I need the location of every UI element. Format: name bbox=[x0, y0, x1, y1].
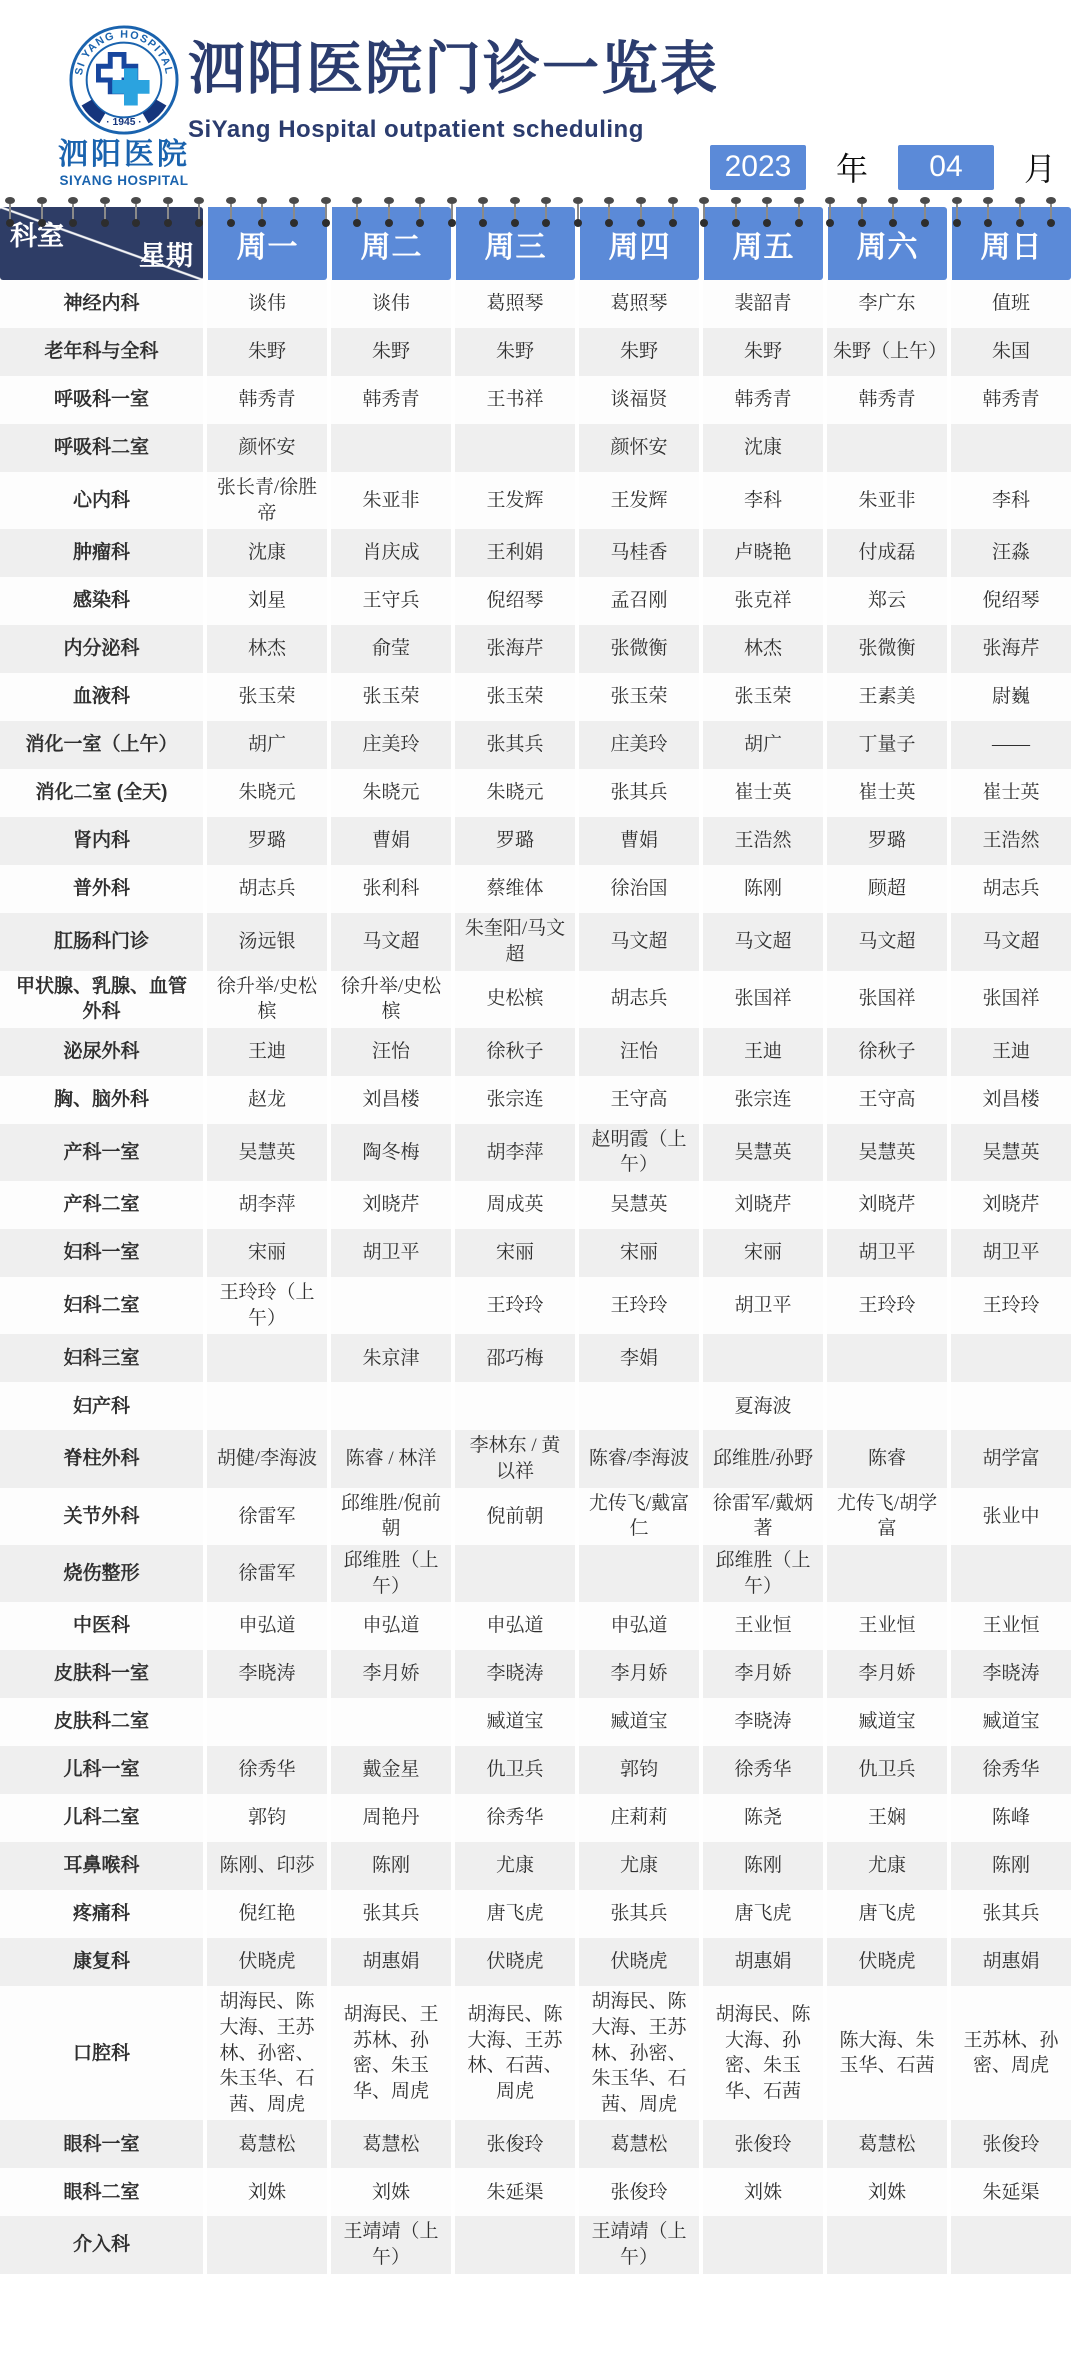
schedule-cell: 吴慧英 bbox=[947, 1124, 1071, 1181]
schedule-cell: 申弘道 bbox=[203, 1602, 327, 1650]
schedule-cell: 吴慧英 bbox=[575, 1181, 699, 1229]
schedule-cell: 倪绍琴 bbox=[947, 577, 1071, 625]
badge-year-text: · 1945 · bbox=[106, 117, 142, 128]
schedule-cell: 朱亚非 bbox=[327, 472, 451, 529]
schedule-cell: 胡海民、陈大海、孙密、朱玉华、石茜 bbox=[699, 1986, 823, 2120]
schedule-cell: 王利娟 bbox=[451, 529, 575, 577]
year-label: 年 bbox=[836, 144, 868, 190]
dept-cell: 康复科 bbox=[0, 1938, 203, 1986]
schedule-cell: 张其兵 bbox=[327, 1890, 451, 1938]
schedule-cell: 王玲玲 bbox=[947, 1277, 1071, 1334]
schedule-cell: 周艳丹 bbox=[327, 1794, 451, 1842]
schedule-cell: 王玲玲 bbox=[575, 1277, 699, 1334]
schedule-cell: 崔士英 bbox=[699, 769, 823, 817]
schedule-cell: 李月娇 bbox=[327, 1650, 451, 1698]
schedule-cell: 崔士英 bbox=[947, 769, 1071, 817]
dept-cell: 眼科二室 bbox=[0, 2168, 203, 2216]
dept-cell: 产科一室 bbox=[0, 1124, 203, 1181]
schedule-cell: 张俊玲 bbox=[699, 2120, 823, 2168]
table-row: 妇科一室宋丽胡卫平宋丽宋丽宋丽胡卫平胡卫平 bbox=[0, 1229, 1071, 1277]
schedule-cell: 张海芹 bbox=[947, 625, 1071, 673]
schedule-cell: 王迪 bbox=[947, 1028, 1071, 1076]
schedule-cell: 林杰 bbox=[699, 625, 823, 673]
dept-cell: 心内科 bbox=[0, 472, 203, 529]
schedule-cell: 马文超 bbox=[699, 913, 823, 970]
schedule-cell: 张克祥 bbox=[699, 577, 823, 625]
schedule-cell: 尤康 bbox=[575, 1842, 699, 1890]
schedule-cell: 李林东 / 黄以祥 bbox=[451, 1430, 575, 1487]
schedule-cell bbox=[451, 424, 575, 472]
schedule-cell: 徐秀华 bbox=[203, 1746, 327, 1794]
schedule-cell: 尤传飞/胡学富 bbox=[823, 1488, 947, 1545]
schedule-cell: 汪怡 bbox=[327, 1028, 451, 1076]
schedule-cell: 孟召刚 bbox=[575, 577, 699, 625]
schedule-cell: 李晓涛 bbox=[947, 1650, 1071, 1698]
schedule-cell: 罗璐 bbox=[451, 817, 575, 865]
table-row: 呼吸科二室颜怀安颜怀安沈康 bbox=[0, 424, 1071, 472]
schedule-cell: 胡广 bbox=[699, 721, 823, 769]
schedule-cell bbox=[823, 1545, 947, 1602]
schedule-cell bbox=[823, 2216, 947, 2273]
schedule-cell: 倪绍琴 bbox=[451, 577, 575, 625]
schedule-cell: 林杰 bbox=[203, 625, 327, 673]
dept-cell: 感染科 bbox=[0, 577, 203, 625]
date-row: 2023 年 04 月 bbox=[710, 144, 1056, 190]
schedule-cell: 朱京津 bbox=[327, 1334, 451, 1382]
schedule-cell: 王业恒 bbox=[823, 1602, 947, 1650]
dept-cell: 产科二室 bbox=[0, 1181, 203, 1229]
table-row: 关节外科徐雷军邱维胜/倪前朝倪前朝尤传飞/戴富仁徐雷军/戴炳著尤传飞/胡学富张业… bbox=[0, 1488, 1071, 1545]
table-row: 康复科伏晓虎胡惠娟伏晓虎伏晓虎胡惠娟伏晓虎胡惠娟 bbox=[0, 1938, 1071, 1986]
schedule-cell: 王业恒 bbox=[947, 1602, 1071, 1650]
schedule-cell: 王迪 bbox=[203, 1028, 327, 1076]
table-row: 产科一室吴慧英陶冬梅胡李萍赵明霞（上午）吴慧英吴慧英吴慧英 bbox=[0, 1124, 1071, 1181]
schedule-cell: 徐治国 bbox=[575, 865, 699, 913]
schedule-cell: 卢晓艳 bbox=[699, 529, 823, 577]
year-box[interactable]: 2023 bbox=[710, 145, 806, 190]
schedule-cell: 徐秀华 bbox=[699, 1746, 823, 1794]
table-row: 甲状腺、乳腺、血管外科徐升举/史松槟徐升举/史松槟史松槟胡志兵张国祥张国祥张国祥 bbox=[0, 971, 1071, 1028]
schedule-cell: 郭钧 bbox=[575, 1746, 699, 1794]
schedule-cell: 葛慧松 bbox=[575, 2120, 699, 2168]
schedule-cell: 宋丽 bbox=[451, 1229, 575, 1277]
schedule-cell: 胡惠娟 bbox=[327, 1938, 451, 1986]
dept-cell: 消化一室（上午） bbox=[0, 721, 203, 769]
schedule-cell: 韩秀青 bbox=[327, 376, 451, 424]
schedule-table-section: 科室 星期 周一周二周三周四周五周六周日 神经内科谈伟谈伟葛照琴葛照琴裴韶青李广… bbox=[0, 207, 1080, 2274]
schedule-cell: 胡健/李海波 bbox=[203, 1430, 327, 1487]
page-title: 泗阳医院门诊一览表 bbox=[188, 40, 719, 100]
schedule-cell: 朱野 bbox=[451, 328, 575, 376]
schedule-cell: 徐雷军 bbox=[203, 1545, 327, 1602]
schedule-cell: 曹娟 bbox=[327, 817, 451, 865]
schedule-cell: 罗璐 bbox=[823, 817, 947, 865]
schedule-cell: 李月娇 bbox=[699, 1650, 823, 1698]
schedule-cell: 王书祥 bbox=[451, 376, 575, 424]
schedule-cell: 谈福贤 bbox=[575, 376, 699, 424]
month-box[interactable]: 04 bbox=[898, 145, 994, 190]
dept-cell: 耳鼻喉科 bbox=[0, 1842, 203, 1890]
table-row: 口腔科胡海民、陈大海、王苏林、孙密、朱玉华、石茜、周虎胡海民、王苏林、孙密、朱玉… bbox=[0, 1986, 1071, 2120]
schedule-cell: 陈睿 bbox=[823, 1430, 947, 1487]
page-header: SI YANG HOSPITAL · 1945 · 泗阳医院 SIYANG HO… bbox=[0, 0, 1080, 207]
schedule-cell: 葛照琴 bbox=[575, 280, 699, 328]
schedule-cell: 倪前朝 bbox=[451, 1488, 575, 1545]
schedule-cell: 邱维胜/倪前朝 bbox=[327, 1488, 451, 1545]
schedule-cell: 唐飞虎 bbox=[699, 1890, 823, 1938]
schedule-cell bbox=[823, 424, 947, 472]
schedule-cell: 韩秀青 bbox=[203, 376, 327, 424]
schedule-cell: 李月娇 bbox=[823, 1650, 947, 1698]
schedule-cell: 张业中 bbox=[947, 1488, 1071, 1545]
schedule-cell: 陈大海、朱玉华、石茜 bbox=[823, 1986, 947, 2120]
corner-week-label: 星期 bbox=[139, 234, 193, 273]
schedule-cell: 陈刚 bbox=[327, 1842, 451, 1890]
schedule-cell: 朱晓元 bbox=[451, 769, 575, 817]
dept-cell: 普外科 bbox=[0, 865, 203, 913]
table-row: 消化二室 (全天)朱晓元朱晓元朱晓元张其兵崔士英崔士英崔士英 bbox=[0, 769, 1071, 817]
schedule-cell: 胡卫平 bbox=[699, 1277, 823, 1334]
dept-cell: 中医科 bbox=[0, 1602, 203, 1650]
schedule-cell: 马桂香 bbox=[575, 529, 699, 577]
table-row: 感染科刘星王守兵倪绍琴孟召刚张克祥郑云倪绍琴 bbox=[0, 577, 1071, 625]
schedule-cell: 刘星 bbox=[203, 577, 327, 625]
dept-cell: 皮肤科一室 bbox=[0, 1650, 203, 1698]
day-header-5: 周五 bbox=[699, 207, 823, 280]
table-row: 妇科二室王玲玲（上午）王玲玲王玲玲胡卫平王玲玲王玲玲 bbox=[0, 1277, 1071, 1334]
table-header-row: 科室 星期 周一周二周三周四周五周六周日 bbox=[0, 207, 1071, 280]
schedule-cell: 李广东 bbox=[823, 280, 947, 328]
dept-cell: 口腔科 bbox=[0, 1986, 203, 2120]
schedule-cell: 李月娇 bbox=[575, 1650, 699, 1698]
schedule-cell: 臧道宝 bbox=[575, 1698, 699, 1746]
schedule-cell bbox=[947, 1545, 1071, 1602]
schedule-cell: 张其兵 bbox=[575, 1890, 699, 1938]
dept-cell: 皮肤科二室 bbox=[0, 1698, 203, 1746]
schedule-cell: 刘姝 bbox=[699, 2168, 823, 2216]
dept-cell: 消化二室 (全天) bbox=[0, 769, 203, 817]
schedule-cell: 张利科 bbox=[327, 865, 451, 913]
table-row: 普外科胡志兵张利科蔡维体徐治国陈刚顾超胡志兵 bbox=[0, 865, 1071, 913]
schedule-cell bbox=[451, 2216, 575, 2273]
schedule-cell bbox=[203, 2216, 327, 2273]
title-block: 泗阳医院门诊一览表 SiYang Hospital outpatient sch… bbox=[188, 40, 719, 144]
schedule-cell: 裴韶青 bbox=[699, 280, 823, 328]
schedule-cell: 陈尧 bbox=[699, 1794, 823, 1842]
schedule-cell: 唐飞虎 bbox=[451, 1890, 575, 1938]
table-row: 介入科王靖靖（上午）王靖靖（上午） bbox=[0, 2216, 1071, 2273]
schedule-cell: 徐雷军 bbox=[203, 1488, 327, 1545]
table-row: 呼吸科一室韩秀青韩秀青王书祥谈福贤韩秀青韩秀青韩秀青 bbox=[0, 376, 1071, 424]
schedule-cell: 邱维胜/孙野 bbox=[699, 1430, 823, 1487]
schedule-cell: 伏晓虎 bbox=[575, 1938, 699, 1986]
schedule-cell: 王靖靖（上午） bbox=[327, 2216, 451, 2273]
logo-name-en: SIYANG HOSPITAL bbox=[44, 173, 204, 188]
schedule-cell: 王守高 bbox=[823, 1076, 947, 1124]
schedule-cell: 朱野 bbox=[575, 328, 699, 376]
schedule-cell bbox=[327, 1382, 451, 1430]
schedule-cell: 王浩然 bbox=[947, 817, 1071, 865]
schedule-cell: 尤传飞/戴富仁 bbox=[575, 1488, 699, 1545]
schedule-cell: 张玉荣 bbox=[327, 673, 451, 721]
schedule-cell: 张玉荣 bbox=[575, 673, 699, 721]
table-row: 中医科申弘道申弘道申弘道申弘道王业恒王业恒王业恒 bbox=[0, 1602, 1071, 1650]
schedule-cell: 徐秀华 bbox=[947, 1746, 1071, 1794]
day-header-6: 周六 bbox=[823, 207, 947, 280]
schedule-cell: 徐升举/史松槟 bbox=[203, 971, 327, 1028]
schedule-cell: 尉巍 bbox=[947, 673, 1071, 721]
table-row: 胸、脑外科赵龙刘昌楼张宗连王守高张宗连王守高刘昌楼 bbox=[0, 1076, 1071, 1124]
schedule-cell: 张俊玲 bbox=[575, 2168, 699, 2216]
schedule-cell: 刘昌楼 bbox=[327, 1076, 451, 1124]
schedule-cell: 张玉荣 bbox=[699, 673, 823, 721]
table-row: 肿瘤科沈康肖庆成王利娟马桂香卢晓艳付成磊汪淼 bbox=[0, 529, 1071, 577]
schedule-cell: 李晓涛 bbox=[699, 1698, 823, 1746]
schedule-cell: 郑云 bbox=[823, 577, 947, 625]
dept-cell: 妇科一室 bbox=[0, 1229, 203, 1277]
schedule-cell: 王玲玲（上午） bbox=[203, 1277, 327, 1334]
schedule-cell bbox=[203, 1698, 327, 1746]
table-row: 产科二室胡李萍刘晓芹周成英吴慧英刘晓芹刘晓芹刘晓芹 bbox=[0, 1181, 1071, 1229]
dept-cell: 肿瘤科 bbox=[0, 529, 203, 577]
corner-cell: 科室 星期 bbox=[0, 207, 203, 280]
table-row: 泌尿外科王迪汪怡徐秋子汪怡王迪徐秋子王迪 bbox=[0, 1028, 1071, 1076]
schedule-cell: 陈刚 bbox=[699, 1842, 823, 1890]
schedule-cell: 王守兵 bbox=[327, 577, 451, 625]
schedule-cell: 李晓涛 bbox=[451, 1650, 575, 1698]
schedule-cell: 颜怀安 bbox=[203, 424, 327, 472]
table-row: 妇科三室朱京津邵巧梅李娟 bbox=[0, 1334, 1071, 1382]
schedule-cell: 俞莹 bbox=[327, 625, 451, 673]
schedule-cell: 丁量子 bbox=[823, 721, 947, 769]
schedule-cell: 胡海民、陈大海、王苏林、石茜、周虎 bbox=[451, 1986, 575, 2120]
table-row: 脊柱外科胡健/李海波陈睿 / 林洋李林东 / 黄以祥陈睿/李海波邱维胜/孙野陈睿… bbox=[0, 1430, 1071, 1487]
dept-cell: 老年科与全科 bbox=[0, 328, 203, 376]
schedule-cell: 值班 bbox=[947, 280, 1071, 328]
table-row: 皮肤科一室李晓涛李月娇李晓涛李月娇李月娇李月娇李晓涛 bbox=[0, 1650, 1071, 1698]
schedule-cell: 王迪 bbox=[699, 1028, 823, 1076]
schedule-cell: 崔士英 bbox=[823, 769, 947, 817]
schedule-cell: 朱晓元 bbox=[203, 769, 327, 817]
schedule-cell: 戴金星 bbox=[327, 1746, 451, 1794]
schedule-cell: 谈伟 bbox=[327, 280, 451, 328]
schedule-cell: 张俊玲 bbox=[451, 2120, 575, 2168]
schedule-cell: 付成磊 bbox=[823, 529, 947, 577]
table-row: 儿科二室郭钧周艳丹徐秀华庄莉莉陈尧王娴陈峰 bbox=[0, 1794, 1071, 1842]
day-header-4: 周四 bbox=[575, 207, 699, 280]
dept-cell: 关节外科 bbox=[0, 1488, 203, 1545]
dept-cell: 烧伤整形 bbox=[0, 1545, 203, 1602]
schedule-cell: 朱延渠 bbox=[947, 2168, 1071, 2216]
schedule-cell: 沈康 bbox=[699, 424, 823, 472]
schedule-cell bbox=[327, 1698, 451, 1746]
schedule-cell: 庄美玲 bbox=[575, 721, 699, 769]
day-header-2: 周二 bbox=[327, 207, 451, 280]
schedule-cell: 朱野（上午） bbox=[823, 328, 947, 376]
schedule-cell: 李科 bbox=[947, 472, 1071, 529]
schedule-cell: 汤远银 bbox=[203, 913, 327, 970]
schedule-cell: 胡卫平 bbox=[327, 1229, 451, 1277]
schedule-cell: 李科 bbox=[699, 472, 823, 529]
schedule-cell bbox=[451, 1382, 575, 1430]
table-row: 疼痛科倪红艳张其兵唐飞虎张其兵唐飞虎唐飞虎张其兵 bbox=[0, 1890, 1071, 1938]
schedule-cell: 王素美 bbox=[823, 673, 947, 721]
schedule-cell: 邱维胜（上午） bbox=[699, 1545, 823, 1602]
schedule-cell: 吴慧英 bbox=[699, 1124, 823, 1181]
schedule-cell: 胡李萍 bbox=[203, 1181, 327, 1229]
schedule-cell: 申弘道 bbox=[451, 1602, 575, 1650]
table-row: 耳鼻喉科陈刚、印莎陈刚尤康尤康陈刚尤康陈刚 bbox=[0, 1842, 1071, 1890]
schedule-cell: 刘晓芹 bbox=[327, 1181, 451, 1229]
schedule-cell: 陶冬梅 bbox=[327, 1124, 451, 1181]
schedule-cell: 陈睿 / 林洋 bbox=[327, 1430, 451, 1487]
table-row: 烧伤整形徐雷军邱维胜（上午）邱维胜（上午） bbox=[0, 1545, 1071, 1602]
schedule-cell: 胡李萍 bbox=[451, 1124, 575, 1181]
schedule-cell: 胡广 bbox=[203, 721, 327, 769]
table-row: 神经内科谈伟谈伟葛照琴葛照琴裴韶青李广东值班 bbox=[0, 280, 1071, 328]
month-label: 月 bbox=[1024, 144, 1056, 190]
schedule-cell: 王守高 bbox=[575, 1076, 699, 1124]
schedule-cell bbox=[823, 1334, 947, 1382]
schedule-cell: 曹娟 bbox=[575, 817, 699, 865]
schedule-cell: 张宗连 bbox=[451, 1076, 575, 1124]
schedule-cell: —— bbox=[947, 721, 1071, 769]
table-row: 肾内科罗璐曹娟罗璐曹娟王浩然罗璐王浩然 bbox=[0, 817, 1071, 865]
schedule-cell: 胡惠娟 bbox=[947, 1938, 1071, 1986]
schedule-cell bbox=[947, 2216, 1071, 2273]
schedule-cell bbox=[699, 1334, 823, 1382]
schedule-cell: 王苏林、孙密、周虎 bbox=[947, 1986, 1071, 2120]
schedule-cell: 刘昌楼 bbox=[947, 1076, 1071, 1124]
table-row: 老年科与全科朱野朱野朱野朱野朱野朱野（上午）朱国 bbox=[0, 328, 1071, 376]
schedule-cell: 刘姝 bbox=[203, 2168, 327, 2216]
schedule-cell: 赵明霞（上午） bbox=[575, 1124, 699, 1181]
dept-cell: 内分泌科 bbox=[0, 625, 203, 673]
day-header-7: 周日 bbox=[947, 207, 1071, 280]
schedule-cell: 韩秀青 bbox=[823, 376, 947, 424]
schedule-cell: 陈峰 bbox=[947, 1794, 1071, 1842]
schedule-cell: 唐飞虎 bbox=[823, 1890, 947, 1938]
dept-cell: 血液科 bbox=[0, 673, 203, 721]
schedule-cell: 张海芹 bbox=[451, 625, 575, 673]
dept-cell: 胸、脑外科 bbox=[0, 1076, 203, 1124]
schedule-cell: 汪怡 bbox=[575, 1028, 699, 1076]
schedule-cell: 胡志兵 bbox=[947, 865, 1071, 913]
schedule-cell bbox=[823, 1382, 947, 1430]
schedule-cell: 尤康 bbox=[823, 1842, 947, 1890]
schedule-cell: 吴慧英 bbox=[203, 1124, 327, 1181]
schedule-cell: 葛慧松 bbox=[327, 2120, 451, 2168]
schedule-cell: 伏晓虎 bbox=[823, 1938, 947, 1986]
schedule-cell: 周成英 bbox=[451, 1181, 575, 1229]
dept-cell: 介入科 bbox=[0, 2216, 203, 2273]
dept-cell: 泌尿外科 bbox=[0, 1028, 203, 1076]
logo-name-cn: 泗阳医院 bbox=[44, 138, 204, 171]
schedule-cell: 陈刚 bbox=[947, 1842, 1071, 1890]
schedule-cell: 刘晓芹 bbox=[699, 1181, 823, 1229]
page-subtitle: SiYang Hospital outpatient scheduling bbox=[188, 116, 719, 144]
schedule-cell: 陈睿/李海波 bbox=[575, 1430, 699, 1487]
schedule-cell: 胡海民、王苏林、孙密、朱玉华、周虎 bbox=[327, 1986, 451, 2120]
schedule-cell: 顾超 bbox=[823, 865, 947, 913]
schedule-cell: 胡学富 bbox=[947, 1430, 1071, 1487]
schedule-cell: 王玲玲 bbox=[451, 1277, 575, 1334]
schedule-cell: 王娴 bbox=[823, 1794, 947, 1842]
schedule-cell bbox=[947, 1334, 1071, 1382]
schedule-cell: 罗璐 bbox=[203, 817, 327, 865]
table-row: 眼科一室葛慧松葛慧松张俊玲葛慧松张俊玲葛慧松张俊玲 bbox=[0, 2120, 1071, 2168]
schedule-cell: 尤康 bbox=[451, 1842, 575, 1890]
schedule-cell: 张俊玲 bbox=[947, 2120, 1071, 2168]
schedule-cell: 葛慧松 bbox=[823, 2120, 947, 2168]
schedule-cell: 宋丽 bbox=[575, 1229, 699, 1277]
schedule-cell: 李晓涛 bbox=[203, 1650, 327, 1698]
schedule-cell: 朱野 bbox=[699, 328, 823, 376]
day-header-3: 周三 bbox=[451, 207, 575, 280]
table-row: 消化一室（上午）胡广庄美玲张其兵庄美玲胡广丁量子—— bbox=[0, 721, 1071, 769]
schedule-cell: 庄美玲 bbox=[327, 721, 451, 769]
schedule-cell: 宋丽 bbox=[699, 1229, 823, 1277]
schedule-cell: 胡卫平 bbox=[947, 1229, 1071, 1277]
dept-cell: 眼科一室 bbox=[0, 2120, 203, 2168]
schedule-cell: 胡海民、陈大海、王苏林、孙密、朱玉华、石茜、周虎 bbox=[203, 1986, 327, 2120]
schedule-cell bbox=[699, 2216, 823, 2273]
schedule-cell: 汪淼 bbox=[947, 529, 1071, 577]
schedule-cell: 刘晓芹 bbox=[823, 1181, 947, 1229]
table-row: 心内科张长青/徐胜帝朱亚非王发辉王发辉李科朱亚非李科 bbox=[0, 472, 1071, 529]
schedule-cell: 胡志兵 bbox=[203, 865, 327, 913]
schedule-cell: 肖庆成 bbox=[327, 529, 451, 577]
schedule-cell: 沈康 bbox=[203, 529, 327, 577]
schedule-cell: 王业恒 bbox=[699, 1602, 823, 1650]
schedule-cell: 朱野 bbox=[327, 328, 451, 376]
table-row: 血液科张玉荣张玉荣张玉荣张玉荣张玉荣王素美尉巍 bbox=[0, 673, 1071, 721]
schedule-cell bbox=[575, 1382, 699, 1430]
schedule-cell: 仇卫兵 bbox=[451, 1746, 575, 1794]
schedule-cell: 蔡维体 bbox=[451, 865, 575, 913]
schedule-cell: 王靖靖（上午） bbox=[575, 2216, 699, 2273]
schedule-cell: 邵巧梅 bbox=[451, 1334, 575, 1382]
schedule-cell: 倪红艳 bbox=[203, 1890, 327, 1938]
corner-dept-label: 科室 bbox=[10, 214, 64, 253]
schedule-cell: 胡志兵 bbox=[575, 971, 699, 1028]
schedule-cell bbox=[947, 1382, 1071, 1430]
dept-cell: 妇产科 bbox=[0, 1382, 203, 1430]
schedule-cell bbox=[947, 424, 1071, 472]
schedule-cell bbox=[203, 1382, 327, 1430]
schedule-cell: 朱晓元 bbox=[327, 769, 451, 817]
schedule-cell: 申弘道 bbox=[327, 1602, 451, 1650]
page: SI YANG HOSPITAL · 1945 · 泗阳医院 SIYANG HO… bbox=[0, 0, 1080, 2364]
schedule-cell: 葛照琴 bbox=[451, 280, 575, 328]
schedule-cell: 徐雷军/戴炳著 bbox=[699, 1488, 823, 1545]
schedule-cell: 刘姝 bbox=[823, 2168, 947, 2216]
schedule-cell: 臧道宝 bbox=[451, 1698, 575, 1746]
schedule-cell bbox=[451, 1545, 575, 1602]
schedule-cell: 王发辉 bbox=[575, 472, 699, 529]
schedule-cell: 夏海波 bbox=[699, 1382, 823, 1430]
schedule-cell bbox=[327, 1277, 451, 1334]
schedule-cell: 王浩然 bbox=[699, 817, 823, 865]
schedule-cell: 谈伟 bbox=[203, 280, 327, 328]
dept-cell: 疼痛科 bbox=[0, 1890, 203, 1938]
schedule-cell: 马文超 bbox=[327, 913, 451, 970]
schedule-cell: 马文超 bbox=[575, 913, 699, 970]
schedule-cell: 张其兵 bbox=[947, 1890, 1071, 1938]
schedule-cell: 胡惠娟 bbox=[699, 1938, 823, 1986]
schedule-cell: 张国祥 bbox=[947, 971, 1071, 1028]
schedule-cell: 仇卫兵 bbox=[823, 1746, 947, 1794]
